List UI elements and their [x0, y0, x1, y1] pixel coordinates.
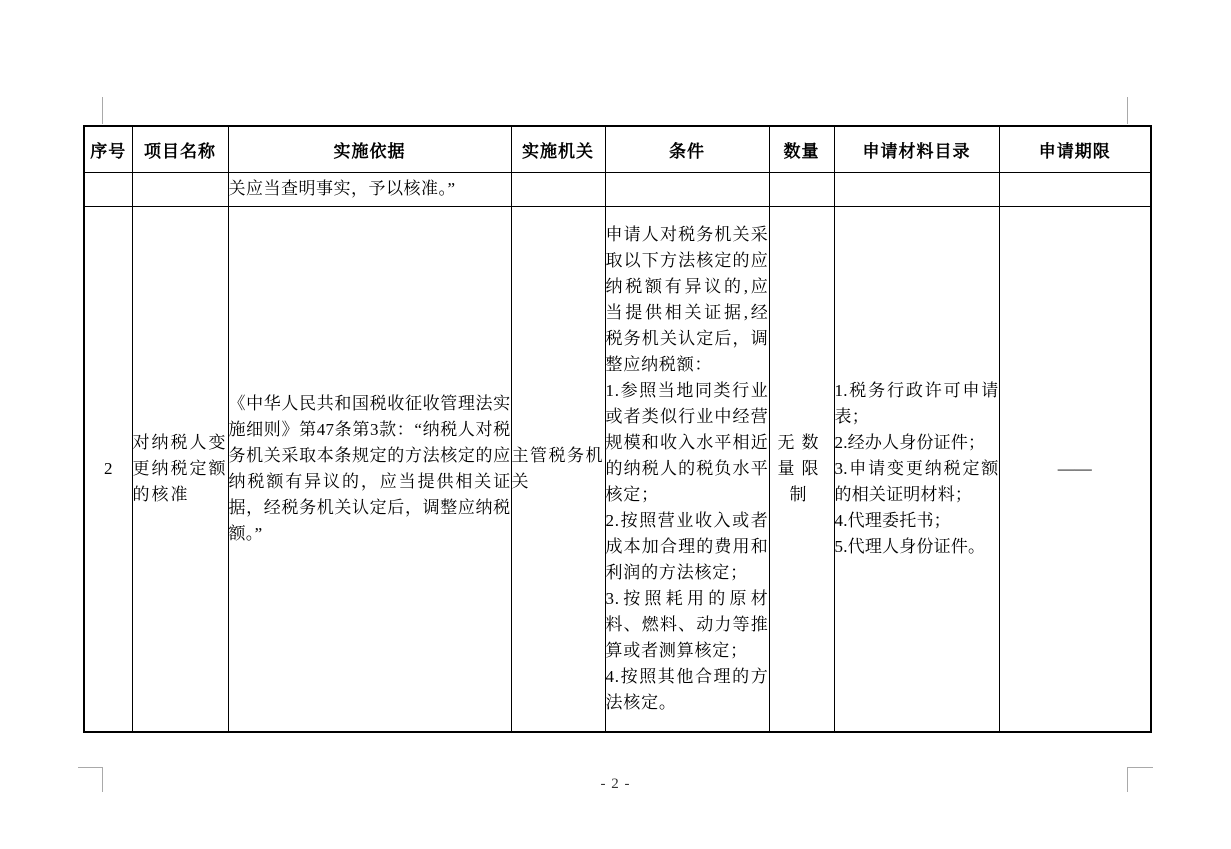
cell-basis-continuation: 关应当查明事实，予以核准。” [228, 172, 511, 206]
crop-mark-top-left [102, 97, 103, 124]
header-application-materials: 申请材料目录 [834, 126, 999, 172]
table-row-item-2: 2 对纳税人变更纳税定额的核准 《中华人民共和国税收征收管理法实施细则》第47条… [84, 206, 1151, 732]
cell-application-deadline: —— [999, 206, 1151, 732]
cell-materials-empty [834, 172, 999, 206]
cell-quantity: 无数量限制 [769, 206, 834, 732]
cell-conditions: 申请人对税务机关采取以下方法核定的应纳税额有异议的,应当提供相关证据,经税务机关… [605, 206, 769, 732]
cell-implementing-agency: 主管税务机关 [511, 206, 605, 732]
cell-application-materials: 1.税务行政许可申请表； 2.经办人身份证件； 3.申请变更纳税定额的相关证明材… [834, 206, 999, 732]
table-row-continuation: 关应当查明事实，予以核准。” [84, 172, 1151, 206]
header-implementation-basis: 实施依据 [228, 126, 511, 172]
cell-deadline-empty [999, 172, 1151, 206]
cell-quantity-empty [769, 172, 834, 206]
cell-name-empty [132, 172, 228, 206]
header-implementing-agency: 实施机关 [511, 126, 605, 172]
crop-mark-bottom-left [78, 767, 103, 768]
document-page: 序号 项目名称 实施依据 实施机关 条件 数量 申请材料目录 申请期限 关应当查… [0, 0, 1231, 849]
cell-condition-empty [605, 172, 769, 206]
cell-implementation-basis: 《中华人民共和国税收征收管理法实施细则》第47条第3款：“纳税人对税务机关采取本… [228, 206, 511, 732]
table-header-row: 序号 项目名称 实施依据 实施机关 条件 数量 申请材料目录 申请期限 [84, 126, 1151, 172]
cell-agency-empty [511, 172, 605, 206]
page-number: - 2 - [0, 776, 1231, 793]
cell-project-name: 对纳税人变更纳税定额的核准 [132, 206, 228, 732]
crop-mark-top-right [1127, 97, 1128, 124]
approval-items-table: 序号 项目名称 实施依据 实施机关 条件 数量 申请材料目录 申请期限 关应当查… [83, 125, 1152, 733]
header-conditions: 条件 [605, 126, 769, 172]
crop-mark-bottom-right [1127, 767, 1153, 768]
header-quantity: 数量 [769, 126, 834, 172]
header-project-name: 项目名称 [132, 126, 228, 172]
header-application-deadline: 申请期限 [999, 126, 1151, 172]
cell-seq-empty [84, 172, 132, 206]
header-seq: 序号 [84, 126, 132, 172]
cell-seq: 2 [84, 206, 132, 732]
